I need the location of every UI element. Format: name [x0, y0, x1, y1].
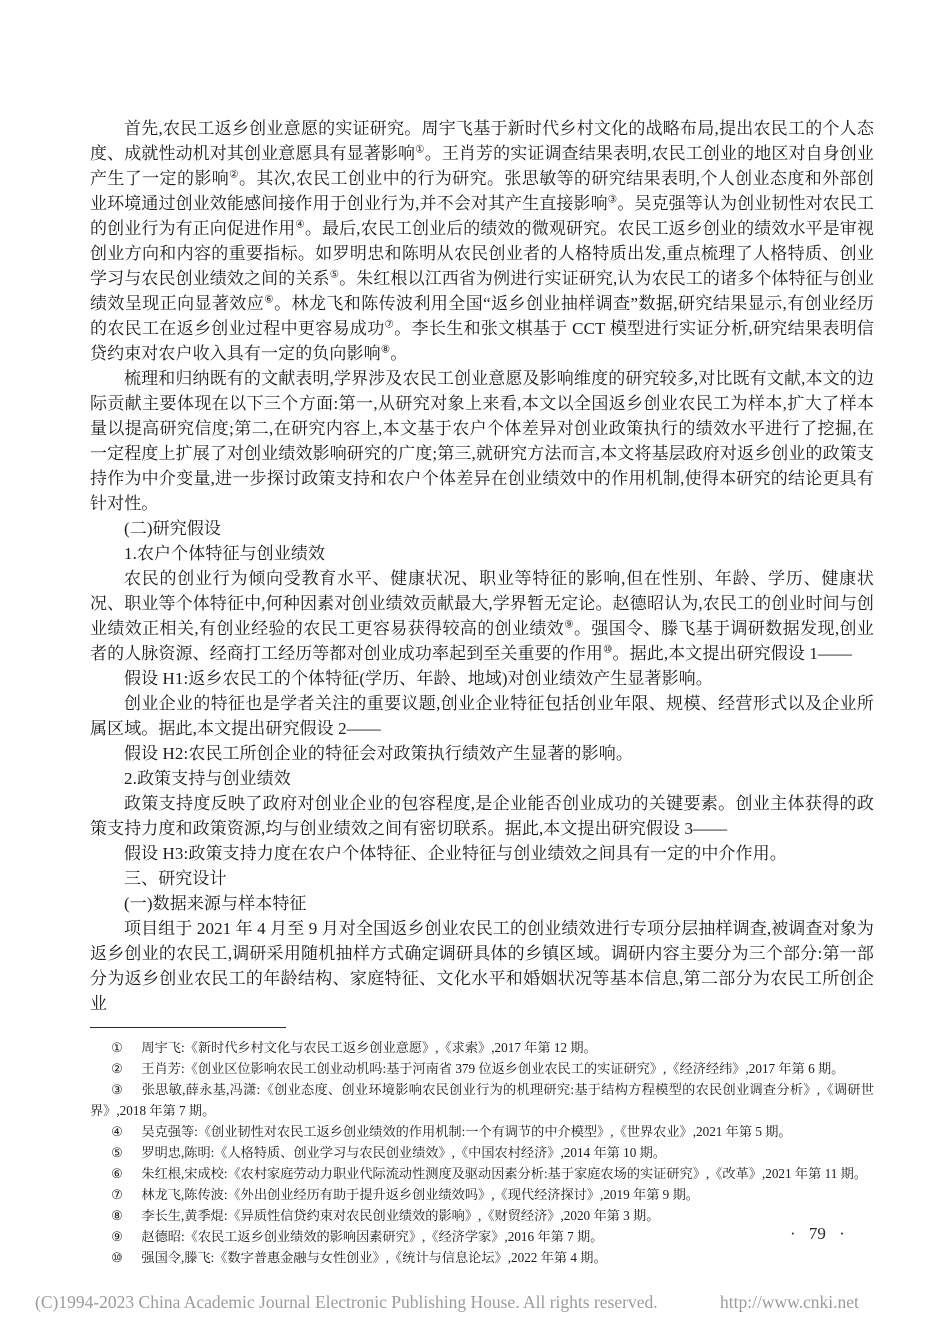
page-background: 首先,农民工返乡创业意愿的实证研究。周宇飞基于新时代乡村文化的战略布局,提出农民…: [0, 0, 950, 1344]
footnote-number: ④: [111, 1121, 123, 1142]
footnote-item: ⑨赵德昭:《农民工返乡创业绩效的影响因素研究》,《经济学家》,2016 年第 7…: [90, 1226, 874, 1247]
footnote-number: ②: [111, 1058, 123, 1079]
footnote-number: ⑥: [111, 1163, 123, 1184]
footnote-ref: ④: [295, 219, 305, 230]
footnote-number: ③: [111, 1079, 123, 1100]
page-number: · 79 ·: [790, 1224, 845, 1244]
body-paragraph: 首先,农民工返乡创业意愿的实证研究。周宇飞基于新时代乡村文化的战略布局,提出农民…: [90, 116, 874, 366]
footnote-item: ⑥朱红根,宋成校:《农村家庭劳动力职业代际流动性测度及驱动因素分析:基于家庭农场…: [90, 1163, 874, 1184]
footnote-ref: ②: [229, 169, 239, 180]
footnote-ref: ⑦: [385, 319, 395, 330]
body-paragraph: 假设 H3:政策支持力度在农户个体特征、企业特征与创业绩效之间具有一定的中介作用…: [90, 841, 874, 866]
footnote-text: 赵德昭:《农民工返乡创业绩效的影响因素研究》,《经济学家》,2016 年第 7 …: [141, 1229, 603, 1244]
body-text: 首先,农民工返乡创业意愿的实证研究。周宇飞基于新时代乡村文化的战略布局,提出农民…: [90, 116, 874, 1016]
page-content: 首先,农民工返乡创业意愿的实证研究。周宇飞基于新时代乡村文化的战略布局,提出农民…: [90, 116, 874, 1268]
body-paragraph: 农民的创业行为倾向受教育水平、健康状况、职业等特征的影响,但在性别、年龄、学历、…: [90, 566, 874, 666]
footnote-ref: ⑧: [381, 344, 391, 355]
footnote-number: ⑧: [111, 1205, 123, 1226]
cnki-footer: (C)1994-2023 China Academic Journal Elec…: [0, 1292, 950, 1318]
footnote-item: ③张思敏,薛永基,冯潇:《创业态度、创业环境影响农民创业行为的机理研究:基于结构…: [90, 1079, 874, 1121]
footnote-ref: ⑥: [264, 294, 274, 305]
footnote-text: 罗明忠,陈明:《人格特质、创业学习与农民创业绩效》,《中国农村经济》,2014 …: [141, 1145, 666, 1160]
body-paragraph: (二)研究假设: [90, 516, 874, 541]
footnote-text: 林龙飞,陈传波:《外出创业经历有助于提升返乡创业绩效吗》,《现代经济探讨》,20…: [141, 1187, 699, 1202]
body-paragraph: 2.政策支持与创业绩效: [90, 766, 874, 791]
body-paragraph: 假设 H1:返乡农民工的个体特征(学历、年龄、地域)对创业绩效产生显著影响。: [90, 666, 874, 691]
footnote-text: 周宇飞:《新时代乡村文化与农民工返乡创业意愿》,《求索》,2017 年第 12 …: [141, 1040, 596, 1055]
footnote-number: ⑩: [111, 1247, 123, 1268]
body-paragraph: 梳理和归纳既有的文献表明,学界涉及农民工创业意愿及影响维度的研究较多,对比既有文…: [90, 366, 874, 516]
footnote-item: ⑤罗明忠,陈明:《人格特质、创业学习与农民创业绩效》,《中国农村经济》,2014…: [90, 1142, 874, 1163]
footer-copyright: (C)1994-2023 China Academic Journal Elec…: [35, 1292, 658, 1313]
footnote-item: ④吴克强等:《创业韧性对农民工返乡创业绩效的作用机制:一个有调节的中介模型》,《…: [90, 1121, 874, 1142]
footnotes-section: ①周宇飞:《新时代乡村文化与农民工返乡创业意愿》,《求索》,2017 年第 12…: [90, 1037, 874, 1268]
body-paragraph: 1.农户个体特征与创业绩效: [90, 541, 874, 566]
footnote-text: 张思敏,薛永基,冯潇:《创业态度、创业环境影响农民创业行为的机理研究:基于结构方…: [90, 1082, 874, 1118]
footer-url[interactable]: http://www.cnki.net: [720, 1292, 859, 1313]
footnote-number: ⑨: [111, 1226, 123, 1247]
journal-page: { "page": { "page_number": "· 79 ·" }, "…: [0, 0, 950, 1344]
footnote-ref: ①: [415, 144, 425, 155]
footnote-ref: ⑤: [330, 269, 340, 280]
body-paragraph: 三、研究设计: [90, 866, 874, 891]
footnote-text: 朱红根,宋成校:《农村家庭劳动力职业代际流动性测度及驱动因素分析:基于家庭农场的…: [141, 1166, 867, 1181]
body-paragraph: (一)数据来源与样本特征: [90, 891, 874, 916]
footnote-text: 吴克强等:《创业韧性对农民工返乡创业绩效的作用机制:一个有调节的中介模型》,《世…: [141, 1124, 791, 1139]
footnote-ref: ⑩: [603, 644, 613, 655]
body-paragraph: 假设 H2:农民工所创企业的特征会对政策执行绩效产生显著的影响。: [90, 741, 874, 766]
footnote-separator: [90, 1027, 286, 1028]
footnote-ref: ③: [608, 194, 618, 205]
body-paragraph: 政策支持度反映了政府对创业企业的包容程度,是企业能否创业成功的关键要素。创业主体…: [90, 791, 874, 841]
body-paragraph: 创业企业的特征也是学者关注的重要议题,创业企业特征包括创业年限、规模、经营形式以…: [90, 691, 874, 741]
footnote-item: ⑩强国令,滕飞:《数字普惠金融与女性创业》,《统计与信息论坛》,2022 年第 …: [90, 1247, 874, 1268]
footnote-item: ⑦林龙飞,陈传波:《外出创业经历有助于提升返乡创业绩效吗》,《现代经济探讨》,2…: [90, 1184, 874, 1205]
body-paragraph: 项目组于 2021 年 4 月至 9 月对全国返乡创业农民工的创业绩效进行专项分…: [90, 916, 874, 1016]
footnote-item: ⑧李长生,黄季焜:《异质性信贷约束对农民创业绩效的影响》,《财贸经济》,2020…: [90, 1205, 874, 1226]
footnote-text: 李长生,黄季焜:《异质性信贷约束对农民创业绩效的影响》,《财贸经济》,2020 …: [141, 1208, 659, 1223]
footnote-ref: ⑨: [564, 619, 574, 630]
footnote-number: ①: [111, 1037, 123, 1058]
footnote-number: ⑤: [111, 1142, 123, 1163]
footnote-item: ②王肖芳:《创业区位影响农民工创业动机吗:基于河南省 379 位返乡创业农民工的…: [90, 1058, 874, 1079]
footnote-text: 王肖芳:《创业区位影响农民工创业动机吗:基于河南省 379 位返乡创业农民工的实…: [141, 1061, 844, 1076]
footnote-item: ①周宇飞:《新时代乡村文化与农民工返乡创业意愿》,《求索》,2017 年第 12…: [90, 1037, 874, 1058]
footnote-text: 强国令,滕飞:《数字普惠金融与女性创业》,《统计与信息论坛》,2022 年第 4…: [141, 1250, 606, 1265]
footnote-number: ⑦: [111, 1184, 123, 1205]
